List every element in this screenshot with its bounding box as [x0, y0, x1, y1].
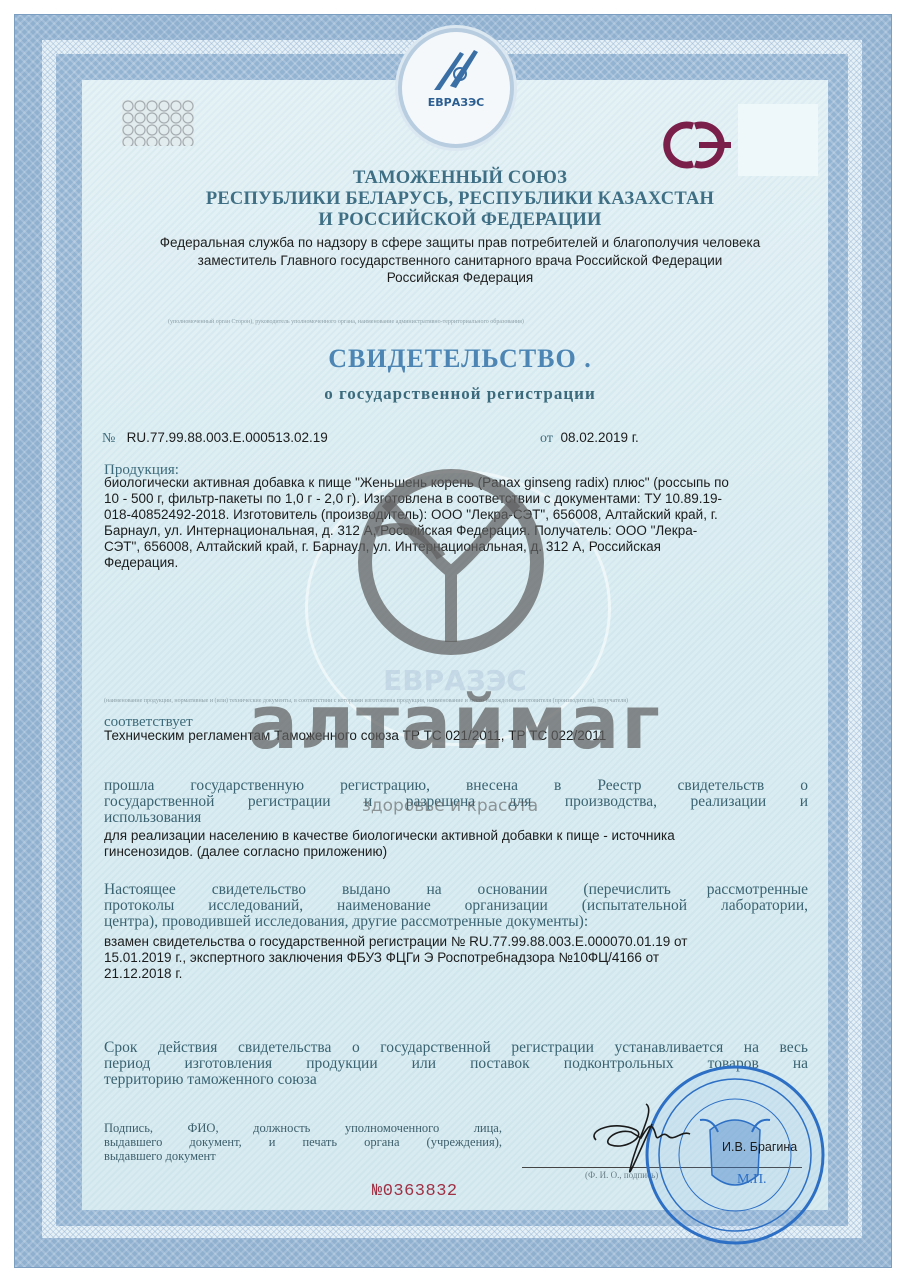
number-label: №	[102, 431, 115, 446]
agency-line: Российская Федерация	[100, 269, 820, 287]
watermark-tagline: здоровье и красота	[300, 796, 600, 816]
union-line: И РОССИЙСКОЙ ФЕДЕРАЦИИ	[100, 210, 820, 231]
registration-number: № RU.77.99.88.003.E.000513.02.19	[102, 430, 328, 447]
union-line: РЕСПУБЛИКИ БЕЛАРУСЬ, РЕСПУБЛИКИ КАЗАХСТА…	[100, 189, 820, 210]
registration-date: от 08.02.2019 г.	[540, 430, 639, 447]
validity-line: Срок действия свидетельства о государств…	[104, 1040, 808, 1056]
usage-line: для реализации населению в качестве биол…	[104, 828, 675, 844]
issuing-agency: Федеральная служба по надзору в сфере за…	[100, 234, 820, 287]
signature-caption-line: Подпись, ФИО, должность уполномоченного …	[104, 1121, 502, 1135]
usage-line: гинсенозидов. (далее согласно приложению…	[104, 844, 675, 860]
usage-description: для реализации населению в качестве биол…	[104, 828, 675, 860]
watermark-brand: алтаймаг	[205, 686, 705, 760]
union-line: ТАМОЖЕННЫЙ СОЮЗ	[100, 168, 820, 189]
agency-line: Федеральная служба по надзору в сфере за…	[100, 234, 820, 252]
handwritten-signature-icon	[586, 1100, 696, 1180]
emblem-label: ЕВРАЗЭС	[402, 96, 510, 109]
blank-field	[738, 104, 818, 176]
statement-line: прошла государственную регистрацию, внес…	[104, 778, 808, 794]
basis-document-line: взамен свидетельства о государственной р…	[104, 934, 687, 950]
basis-line: центра), проводившей исследования, други…	[104, 914, 808, 930]
basis-statement: Настоящее свидетельство выдано на основа…	[104, 882, 808, 930]
se-conformity-mark-icon	[655, 116, 735, 174]
number-value: RU.77.99.88.003.E.000513.02.19	[127, 430, 328, 445]
signature-caption: Подпись, ФИО, должность уполномоченного …	[104, 1121, 502, 1163]
signature-caption-line: выдавшего документ	[104, 1149, 502, 1163]
signature-caption-line: выдавшего документ, и печать органа (учр…	[104, 1135, 502, 1149]
watermark-logo-icon	[346, 462, 556, 662]
eurasec-logo-icon	[430, 46, 482, 94]
hologram-patch	[122, 100, 194, 146]
date-label: от	[540, 431, 553, 446]
title-text: СВИДЕТЕЛЬСТВО	[328, 344, 577, 373]
date-value: 08.02.2019 г.	[560, 430, 638, 445]
basis-line: Настоящее свидетельство выдано на основа…	[104, 882, 808, 898]
eurasec-emblem: ЕВРАЗЭС	[398, 28, 514, 148]
union-heading: ТАМОЖЕННЫЙ СОЮЗ РЕСПУБЛИКИ БЕЛАРУСЬ, РЕС…	[100, 168, 820, 231]
agency-caption: (уполномоченный орган Сторон), руководит…	[168, 319, 524, 325]
basis-line: протоколы исследований, наименование орг…	[104, 898, 808, 914]
signer-name: И.В. Брагина	[722, 1140, 797, 1154]
basis-document-line: 21.12.2018 г.	[104, 966, 687, 982]
document-title: СВИДЕТЕЛЬСТВО .	[100, 344, 820, 374]
stamp-mark-label: М.П.	[737, 1172, 767, 1188]
document-subtitle: о государственной регистрации	[100, 384, 820, 404]
basis-document-line: 15.01.2019 г., экспертного заключения ФБ…	[104, 950, 687, 966]
agency-line: заместитель Главного государственного са…	[100, 252, 820, 270]
basis-documents: взамен свидетельства о государственной р…	[104, 934, 687, 982]
form-number: №0363832	[372, 1182, 458, 1201]
